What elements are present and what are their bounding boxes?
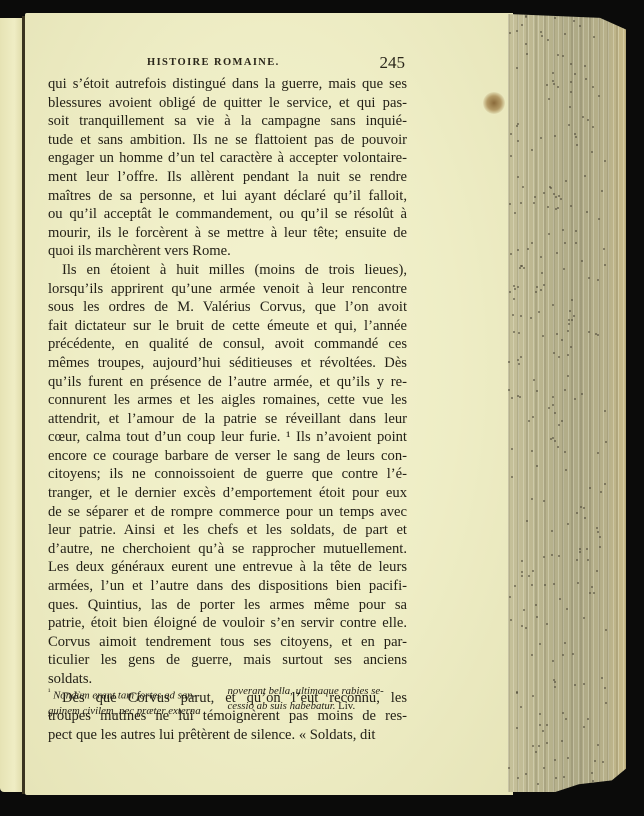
footnote-text: Nondùm erant tam fortes ad san- — [53, 690, 196, 702]
fore-edge-speck — [555, 208, 557, 210]
fore-edge-speck — [587, 718, 589, 720]
fore-edge-speck — [531, 149, 533, 151]
body-line: tranger, et le dernier excès d’emporteme… — [48, 484, 407, 503]
fore-edge-speck — [587, 119, 589, 121]
foxing-stain — [483, 92, 505, 114]
footnotes: ¹ Nondùm erant tam fortes ad san- guinem… — [48, 684, 407, 719]
fore-edge-speck — [591, 151, 593, 153]
fore-edge-speck — [604, 483, 606, 485]
fore-edge-speck — [605, 441, 607, 443]
fore-edge-speck — [561, 740, 563, 742]
fore-edge-speck — [518, 332, 520, 334]
fore-edge-speck — [562, 55, 564, 57]
fore-edge-speck — [517, 176, 519, 178]
fore-edge-speck — [521, 575, 523, 577]
fore-edge-speck — [511, 448, 513, 450]
fore-edge-speck — [535, 291, 537, 293]
fore-edge-speck — [597, 531, 599, 533]
fore-edge-speck — [564, 33, 566, 35]
page-number: 245 — [380, 53, 406, 73]
fore-edge-speck — [574, 398, 576, 400]
fore-edge-speck — [576, 144, 578, 146]
fore-edge-speck — [550, 187, 552, 189]
body-line: leur patrie. Ainsi et les chefs et les s… — [48, 521, 407, 540]
fore-edge-speck — [603, 248, 605, 250]
fore-edge-speck — [554, 759, 556, 761]
fore-edge-speck — [561, 420, 563, 422]
fore-edge-speck — [589, 592, 591, 594]
fore-edge-speck — [571, 299, 573, 301]
fore-edge-speck — [543, 192, 545, 194]
fore-edge-speck — [520, 315, 522, 317]
fore-edge-speck — [513, 331, 515, 333]
fore-edge-speck — [597, 744, 599, 746]
fore-edge-speck — [553, 583, 555, 585]
fore-edge-speck — [569, 310, 571, 312]
fore-edge-speck — [565, 718, 567, 720]
fore-edge-speck — [599, 536, 601, 538]
fore-edge-speck — [526, 520, 528, 522]
fore-edge-speck — [525, 16, 527, 18]
fore-edge-speck — [533, 202, 535, 204]
body-line: connurent les armes et les aigles romain… — [48, 391, 407, 410]
body-line: ticulier les gens de guerre, mais surtou… — [48, 651, 407, 670]
fore-edge-speck — [510, 619, 512, 621]
fore-edge-speck — [562, 654, 564, 656]
fore-edge-speck — [574, 73, 576, 75]
fore-edge-speck — [554, 440, 556, 442]
fore-edge-speck — [511, 476, 513, 478]
fore-edge-speck — [531, 450, 533, 452]
fore-edge-speck — [523, 267, 525, 269]
fore-edge-speck — [539, 713, 541, 715]
facing-page-edge — [0, 18, 24, 792]
fore-edge-speck — [582, 116, 584, 118]
fore-edge-speck — [575, 136, 577, 138]
fore-edge-speck — [589, 487, 591, 489]
fore-edge-speck — [604, 264, 606, 266]
fore-edge-speck — [517, 286, 519, 288]
fore-edge-speck — [543, 767, 545, 769]
fore-edge-speck — [555, 196, 557, 198]
fore-edge-speck — [547, 39, 549, 41]
fore-edge-speck — [547, 206, 549, 208]
fore-edge-speck — [556, 333, 558, 335]
fore-edge-speck — [603, 15, 605, 17]
body-line: engager un homme d’un tel caractère à ac… — [48, 149, 407, 168]
fore-edge-speck — [552, 80, 554, 82]
fore-edge-speck — [525, 773, 527, 775]
fore-edge-speck — [592, 126, 594, 128]
fore-edge-speck — [586, 211, 588, 213]
body-line: qu’ils furent en présence de l’autre arm… — [48, 373, 407, 392]
fore-edge-speck — [588, 331, 590, 333]
fore-edge-speck — [593, 36, 595, 38]
footnote-line: noverant bella, ultimaque rabies se- — [228, 684, 408, 699]
fore-edge-speck — [588, 277, 590, 279]
fore-edge-speck — [587, 559, 589, 561]
fore-edge-speck — [598, 95, 600, 97]
fore-edge-speck — [530, 317, 532, 319]
body-line: ment leur l’offre. Ils allèrent pendant … — [48, 168, 407, 187]
fore-edge-speck — [574, 684, 576, 686]
fore-edge-speck — [510, 253, 512, 255]
fore-edge-speck — [531, 498, 533, 500]
fore-edge-speck — [571, 319, 573, 321]
fore-edge-speck — [531, 654, 533, 656]
fore-edge-speck — [555, 777, 557, 779]
fore-edge-speck — [516, 67, 518, 69]
page-block-fore-edge — [508, 14, 626, 792]
fore-edge-speck — [509, 32, 511, 34]
fore-edge-speck — [542, 730, 544, 732]
fore-edge-speck — [558, 195, 560, 197]
fore-edge-speck — [527, 248, 529, 250]
fore-edge-speck — [593, 592, 595, 594]
fore-edge-speck — [528, 575, 530, 577]
fore-edge-speck — [569, 106, 571, 108]
fore-edge-speck — [584, 65, 586, 67]
footnote-text: cessio ab suis habebatur. — [228, 700, 336, 712]
fore-edge-speck — [536, 286, 538, 288]
fore-edge-speck — [543, 284, 545, 286]
fore-edge-speck — [552, 72, 554, 74]
fore-edge-speck — [546, 623, 548, 625]
body-line: Les deux généraux eurent une entrevue à … — [48, 558, 407, 577]
fore-edge-speck — [519, 396, 521, 398]
fore-edge-speck — [539, 643, 541, 645]
fore-edge-speck — [574, 133, 576, 135]
body-line: encore ce courage barbare de verser le s… — [48, 447, 407, 466]
fore-edge-speck — [553, 352, 555, 354]
fore-edge-speck — [559, 598, 561, 600]
fore-edge-speck — [563, 776, 565, 778]
fore-edge-speck — [557, 86, 559, 88]
footnote-marker: ¹ — [48, 687, 50, 696]
fore-edge-speck — [597, 279, 599, 281]
fore-edge-speck — [577, 582, 579, 584]
fore-edge-speck — [570, 91, 572, 93]
body-line: mêmes troupes, aujourd’hui séditieuses e… — [48, 354, 407, 373]
fore-edge-speck — [601, 190, 603, 192]
fore-edge-speck — [552, 660, 554, 662]
fore-edge-speck — [517, 359, 519, 361]
fore-edge-speck — [518, 363, 520, 365]
fore-edge-speck — [552, 304, 554, 306]
body-line: maîtres de sa personne, et lui ayant déc… — [48, 187, 407, 206]
fore-edge-speck — [570, 205, 572, 207]
fore-edge-speck — [517, 777, 519, 779]
fore-edge-speck — [554, 412, 556, 414]
fore-edge-speck — [602, 761, 604, 763]
fore-edge-speck — [513, 285, 515, 287]
footnote-line: cessio ab suis habebatur. Liv. — [228, 699, 408, 714]
fore-edge-speck — [570, 63, 572, 65]
fore-edge-speck — [568, 319, 570, 321]
fore-edge-speck — [579, 25, 581, 27]
body-line: mourir, ils le forcèrent à se mettre à l… — [48, 224, 407, 243]
fore-edge-speck — [592, 780, 594, 782]
fore-edge-speck — [532, 695, 534, 697]
fore-edge-speck — [543, 556, 545, 558]
fore-edge-speck — [576, 559, 578, 561]
footnote-source: Liv. — [338, 700, 355, 712]
fore-edge-speck — [517, 249, 519, 251]
fore-edge-speck — [562, 712, 564, 714]
fore-edge-speck — [520, 356, 522, 358]
fore-edge-speck — [541, 272, 543, 274]
fore-edge-speck — [567, 523, 569, 525]
fore-edge-speck — [509, 291, 511, 293]
fore-edge-speck — [604, 160, 606, 162]
body-line: tude et sans ambition. Ils ne se flattoi… — [48, 131, 407, 150]
fore-edge-speck — [573, 315, 575, 317]
fore-edge-speck — [564, 642, 566, 644]
fore-edge-speck — [544, 584, 546, 586]
fore-edge-speck — [556, 252, 558, 254]
fore-edge-speck — [536, 390, 538, 392]
fore-edge-speck — [554, 17, 556, 19]
fore-edge-speck — [567, 330, 569, 332]
fore-edge-speck — [554, 681, 556, 683]
fore-edge-speck — [560, 198, 562, 200]
fore-edge-speck — [568, 323, 570, 325]
fore-edge-speck — [557, 207, 559, 209]
fore-edge-speck — [535, 604, 537, 606]
fore-edge-speck — [580, 506, 582, 508]
body-line: Corvus aimoit tendrement tous ses citoye… — [48, 633, 407, 652]
fore-edge-speck — [532, 416, 534, 418]
fore-edge-speck — [510, 133, 512, 135]
fore-edge-speck — [566, 608, 568, 610]
fore-edge-speck — [585, 78, 587, 80]
body-line: Ils en étoient à huit milles (moins de t… — [48, 261, 407, 280]
fore-edge-speck — [532, 745, 534, 747]
fore-edge-speck — [513, 298, 515, 300]
fore-edge-speck — [537, 783, 539, 785]
fore-edge-speck — [534, 196, 536, 198]
body-line: ou qu’il acceptât le commandement, ou qu… — [48, 205, 407, 224]
fore-edge-speck — [558, 356, 560, 358]
running-title: HISTOIRE ROMAINE. — [147, 57, 280, 68]
fore-edge-speck — [554, 135, 556, 137]
fore-edge-speck — [536, 465, 538, 467]
body-line: de se séparer et de rompre commerce pour… — [48, 503, 407, 522]
fore-edge-speck — [539, 724, 541, 726]
fore-edge-speck — [546, 742, 548, 744]
fore-edge-speck — [599, 546, 601, 548]
body-line: attendrit, et l’amour de la patrie se ré… — [48, 410, 407, 429]
body-line: armées, l’un et l’autre dans des disposi… — [48, 577, 407, 596]
fore-edge-speck — [604, 687, 606, 689]
footnote-column-1: ¹ Nondùm erant tam fortes ad san- guinem… — [48, 684, 228, 719]
fore-edge-speck — [521, 265, 523, 267]
fore-edge-speck — [523, 609, 525, 611]
body-line: qui s’étoit autrefois distingué dans la … — [48, 75, 407, 94]
fore-edge-speck — [552, 396, 554, 398]
body-line: quoi ils marchèrent vers Rome. — [48, 242, 407, 261]
fore-edge-speck — [509, 203, 511, 205]
fore-edge-speck — [595, 333, 597, 335]
fore-edge-speck — [596, 570, 598, 572]
fore-edge-speck — [594, 760, 596, 762]
fore-edge-speck — [509, 596, 511, 598]
fore-edge-speck — [535, 751, 537, 753]
fore-edge-speck — [548, 98, 550, 100]
fore-edge-speck — [521, 560, 523, 562]
body-line: patrie, étoit bien éloigné de vouloir s’… — [48, 614, 407, 633]
fore-edge-speck — [562, 229, 564, 231]
fore-edge-speck — [553, 193, 555, 195]
fore-edge-speck — [540, 289, 542, 291]
page-header: HISTOIRE ROMAINE. 245 — [147, 53, 405, 73]
fore-edge-speck — [576, 512, 578, 514]
footnote-column-2: noverant bella, ultimaque rabies se- ces… — [228, 684, 408, 719]
body-line: soit tranquillement sa vie à la campagne… — [48, 112, 407, 131]
fore-edge-speck — [605, 702, 607, 704]
fore-edge-speck — [567, 354, 569, 356]
fore-edge-speck — [540, 256, 542, 258]
fore-edge-speck — [516, 727, 518, 729]
body-line: pect que les autres lui prêtèrent de sil… — [48, 726, 407, 745]
fore-edge-speck — [552, 404, 554, 406]
fore-edge-speck — [553, 83, 555, 85]
body-line: citoyens; ils ne connoissoient de guerre… — [48, 465, 407, 484]
fore-edge-speck — [521, 571, 523, 573]
fore-edge-speck — [514, 212, 516, 214]
fore-edge-speck — [533, 379, 535, 381]
body-line: sous les ordres de M. Valérius Corvus, q… — [48, 298, 407, 317]
body-line: cœur, calma tout d’un coup leur furie. ¹… — [48, 428, 407, 447]
fore-edge-speck — [565, 469, 567, 471]
fore-edge-speck — [516, 692, 518, 694]
body-line: lorsqu’ils apprirent qu’une armée venoit… — [48, 280, 407, 299]
fore-edge-speck — [584, 175, 586, 177]
footnote-line: ¹ Nondùm erant tam fortes ad san- — [48, 684, 228, 704]
fore-edge-speck — [517, 140, 519, 142]
footnote-line: guinem civilem, nec præter externa — [48, 704, 228, 719]
fore-edge-speck — [567, 757, 569, 759]
fore-edge-speck — [511, 397, 513, 399]
fore-edge-speck — [551, 530, 553, 532]
fore-edge-speck — [570, 81, 572, 83]
fore-edge-speck — [538, 745, 540, 747]
fore-edge-speck — [531, 584, 533, 586]
fore-edge-speck — [546, 84, 548, 86]
fore-edge-speck — [586, 548, 588, 550]
body-line: fait dictateur sur le bruit de cette éme… — [48, 317, 407, 336]
fore-edge-speck — [564, 389, 566, 391]
fore-edge-speck — [522, 186, 524, 188]
fore-edge-speck — [567, 375, 569, 377]
fore-edge-speck — [596, 527, 598, 529]
fore-edge-speck — [564, 242, 566, 244]
fore-edge-speck — [572, 653, 574, 655]
fore-edge-speck — [528, 420, 530, 422]
fore-edge-speck — [542, 335, 544, 337]
fore-edge-speck — [521, 625, 523, 627]
fore-edge-speck — [516, 125, 518, 127]
fore-edge-speck — [512, 314, 514, 316]
fore-edge-speck — [520, 706, 522, 708]
fore-edge-speck — [557, 446, 559, 448]
fore-edge-speck — [520, 202, 522, 204]
fore-edge-speck — [532, 570, 534, 572]
fore-edge-speck — [579, 548, 581, 550]
fore-edge-speck — [597, 452, 599, 454]
body-line: blessures avoient obligé de quitter le s… — [48, 94, 407, 113]
fore-edge-speck — [543, 500, 545, 502]
fore-edge-speck — [561, 339, 563, 341]
fore-edge-speck — [598, 218, 600, 220]
fore-edge-speck — [514, 288, 516, 290]
fore-edge-speck — [536, 616, 538, 618]
fore-edge-speck — [605, 629, 607, 631]
fore-edge-speck — [521, 24, 523, 26]
fore-edge-speck — [519, 267, 521, 269]
fore-edge-speck — [583, 617, 585, 619]
fore-edge-speck — [597, 334, 599, 336]
body-line: ques. Quintius, las de porter les armes … — [48, 596, 407, 615]
fore-edge-speck — [540, 31, 542, 33]
fore-edge-speck — [526, 53, 528, 55]
fore-edge-speck — [591, 772, 593, 774]
fore-edge-speck — [510, 155, 512, 157]
fore-edge-speck — [540, 137, 542, 139]
fore-edge-speck — [508, 767, 510, 769]
fore-edge-speck — [554, 686, 556, 688]
fore-edge-speck — [558, 555, 560, 557]
fore-edge-speck — [563, 268, 565, 270]
fore-edge-speck — [557, 54, 559, 56]
fore-edge-speck — [583, 507, 585, 509]
fore-edge-speck — [508, 389, 510, 391]
fore-edge-speck — [514, 585, 516, 587]
fore-edge-speck — [516, 30, 518, 32]
fore-edge-speck — [551, 554, 553, 556]
fore-edge-speck — [508, 361, 510, 363]
fore-edge-speck — [552, 437, 554, 439]
fore-edge-speck — [573, 20, 575, 22]
body-text: qui s’étoit autrefois distingué dans la … — [48, 75, 407, 744]
fore-edge-speck — [548, 233, 550, 235]
fore-edge-speck — [570, 346, 572, 348]
body-line: précédente, en qualité de consul, avoit … — [48, 335, 407, 354]
fore-edge-speck — [525, 43, 527, 45]
fore-edge-speck — [575, 242, 577, 244]
fore-edge-speck — [531, 242, 533, 244]
fore-edge-speck — [584, 517, 586, 519]
fore-edge-speck — [546, 724, 548, 726]
fore-edge-speck — [591, 586, 593, 588]
fore-edge-speck — [541, 35, 543, 37]
fore-edge-speck — [581, 393, 583, 395]
fore-edge-speck — [575, 230, 577, 232]
fore-edge-speck — [568, 124, 570, 126]
fore-edge-speck — [604, 410, 606, 412]
fore-edge-speck — [548, 407, 550, 409]
fore-edge-speck — [581, 260, 583, 262]
fore-edge-speck — [600, 491, 602, 493]
fore-edge-speck — [592, 86, 594, 88]
fore-edge-speck — [579, 551, 581, 553]
fore-edge-speck — [583, 683, 585, 685]
fore-edge-speck — [583, 726, 585, 728]
fore-edge-speck — [564, 451, 566, 453]
fore-edge-speck — [558, 424, 560, 426]
fore-edge-speck — [601, 677, 603, 679]
fore-edge-speck — [525, 627, 527, 629]
